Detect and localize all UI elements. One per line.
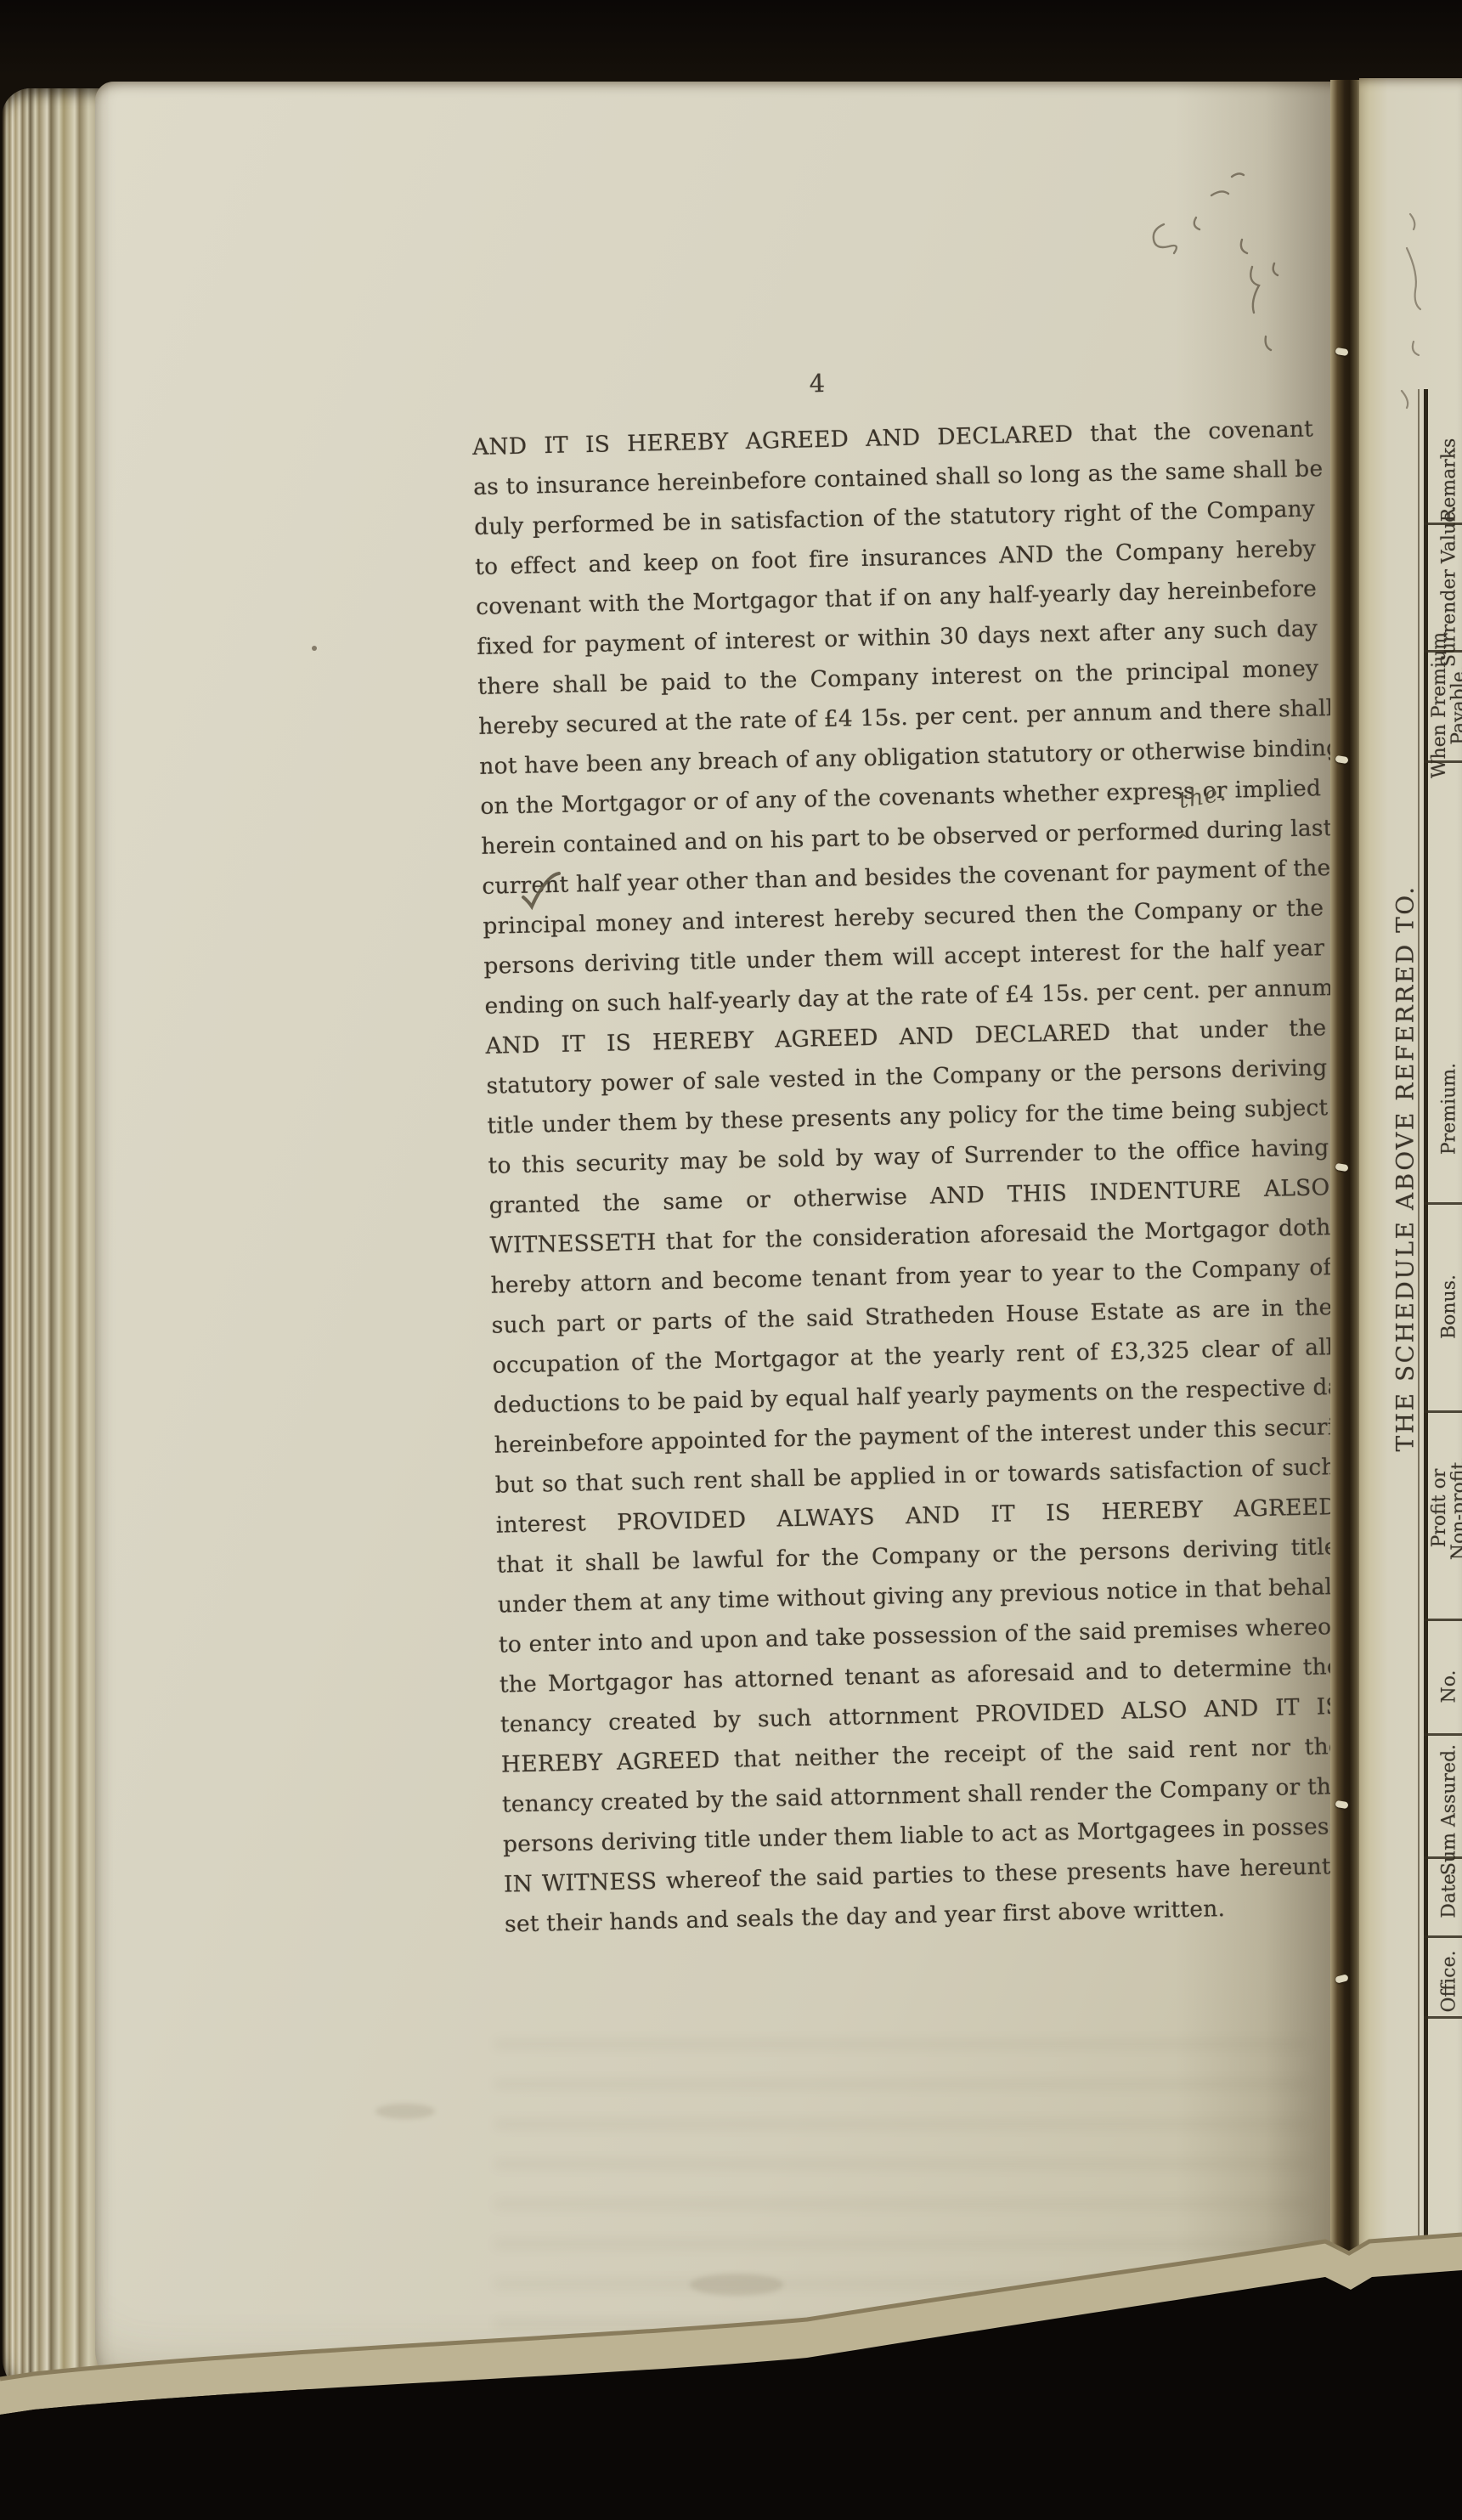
schedule-column-label: Bonus. xyxy=(1440,1274,1459,1339)
schedule-column-label: Premium. xyxy=(1440,1063,1459,1155)
book-bottom-edge xyxy=(0,2192,1462,2520)
document-page: 4 AND IT IS HEREBY AGREED AND DECLARED t… xyxy=(95,82,1337,2389)
schedule-column-separator xyxy=(1424,650,1462,653)
checkmark-icon xyxy=(520,870,566,919)
schedule-column-header: When PremiumPayable. xyxy=(1430,632,1462,778)
page-number: 4 xyxy=(809,369,825,398)
schedule-column-separator xyxy=(1424,1856,1462,1859)
schedule-column-separator xyxy=(1424,760,1462,763)
schedule-column-label: No. xyxy=(1440,1670,1459,1703)
left-page-edges xyxy=(2,88,100,2404)
binding-thread xyxy=(1335,1163,1348,1172)
next-page-edge: THE SCHEDULE ABOVE REFERRED TO. RemarksS… xyxy=(1359,78,1462,2301)
binding-thread xyxy=(1335,1800,1348,1809)
schedule-column-header: No. xyxy=(1440,1670,1459,1703)
schedule-column-separator xyxy=(1424,1202,1462,1205)
schedule-column-label-line2: Non-profit. xyxy=(1449,1456,1462,1560)
schedule-column-header: Bonus. xyxy=(1440,1274,1459,1339)
schedule-column-header: Date. xyxy=(1440,1867,1459,1918)
book-gutter xyxy=(1330,80,1363,2297)
schedule-column-separator xyxy=(1424,1935,1462,1938)
deed-text-block: 4 AND IT IS HEREBY AGREED AND DECLARED t… xyxy=(472,409,1346,1944)
schedule-column-label: When Premium xyxy=(1430,632,1449,778)
document-lines: AND IT IS HEREBY AGREED AND DECLARED tha… xyxy=(472,409,1346,1944)
schedule-column-header: Office. xyxy=(1440,1950,1459,2012)
book-scan-photo: 4 AND IT IS HEREBY AGREED AND DECLARED t… xyxy=(0,0,1462,2520)
ink-dot-mark xyxy=(312,646,317,651)
schedule-column-label: Profit or xyxy=(1430,1456,1449,1560)
schedule-column-separator xyxy=(1424,1733,1462,1736)
ink-smudge-next-page xyxy=(1385,197,1453,418)
ink-smudge-top-right xyxy=(1140,158,1335,387)
schedule-title: THE SCHEDULE ABOVE REFERRED TO. xyxy=(1391,885,1420,1452)
schedule-column-separator xyxy=(1424,2016,1462,2019)
schedule-column-header: Premium. xyxy=(1440,1063,1459,1155)
schedule-column-label: Date. xyxy=(1440,1867,1459,1918)
binding-thread xyxy=(1335,1974,1348,1983)
binding-thread xyxy=(1335,755,1348,764)
schedule-table-rule-thin xyxy=(1418,389,1420,2269)
bottom-black-foreground xyxy=(0,2270,1462,2520)
schedule-column-header: Profit orNon-profit. xyxy=(1430,1456,1462,1560)
faint-smudge xyxy=(375,2104,435,2119)
schedule-table-rule xyxy=(1424,389,1428,2269)
schedule-column-separator xyxy=(1424,523,1462,525)
schedule-column-label-line2: Payable. xyxy=(1449,632,1462,778)
schedule-column-separator xyxy=(1424,1619,1462,1621)
insertion-caret-icon: ^ xyxy=(1175,829,1192,851)
schedule-column-label: Office. xyxy=(1440,1950,1459,2012)
binding-thread xyxy=(1335,347,1348,356)
schedule-column-separator xyxy=(1424,1410,1462,1413)
